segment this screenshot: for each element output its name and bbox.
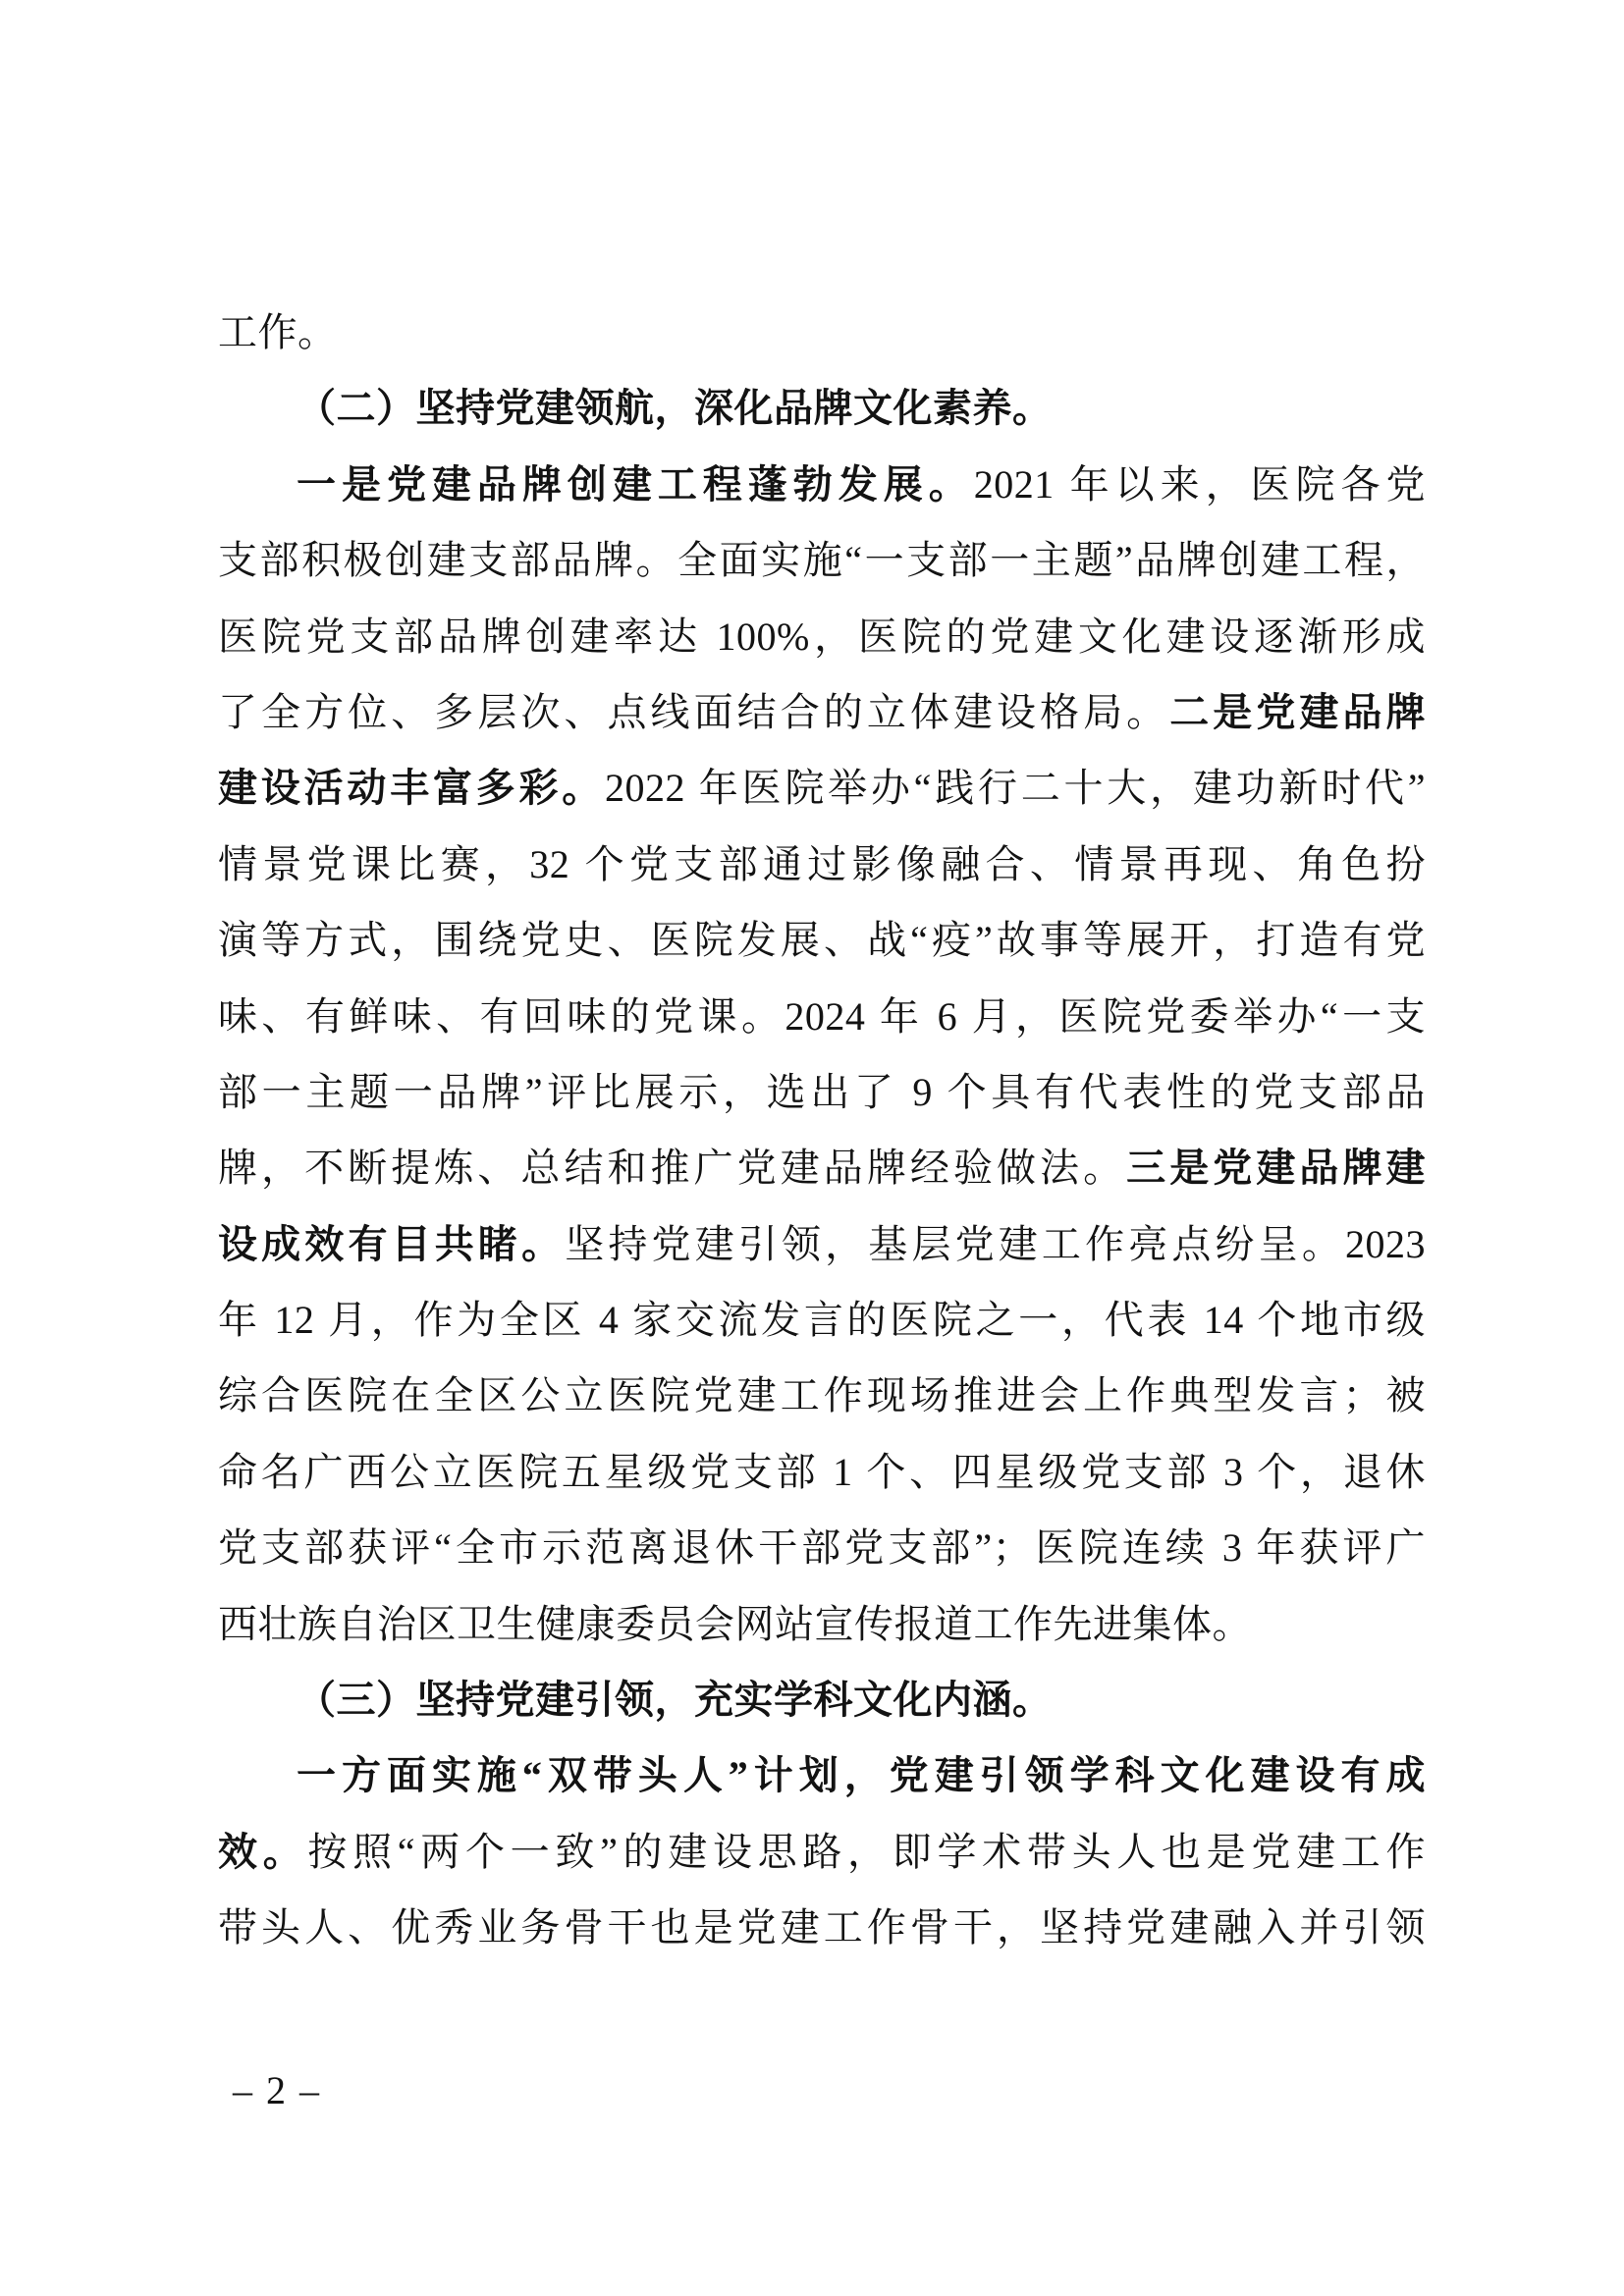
text-line: 部一主题一品牌”评比展示，选出了 9 个具有代表性的党支部品	[218, 1054, 1426, 1130]
text-line: 情景党课比赛，32 个党支部通过影像融合、情景再现、角色扮	[218, 827, 1426, 902]
text-segment-bold: （二）坚持党建领航，深化品牌文化素养。	[297, 386, 1053, 430]
text-segment: 演等方式，围绕党史、医院发展、战“疫”故事等展开，打造有党	[218, 918, 1426, 962]
text-segment-bold: 建设活动丰富多彩。	[218, 766, 605, 810]
text-segment: 坚持党建引领，基层党建工作亮点纷呈。2023	[565, 1222, 1426, 1266]
text-segment: 带头人、优秀业务骨干也是党建工作骨干，坚持党建融入并引领	[218, 1905, 1426, 1949]
text-segment-bold: 三是党建品牌建	[1126, 1146, 1426, 1190]
page-number: – 2 –	[233, 2067, 321, 2114]
text-segment: 2022 年医院举办“践行二十大，建功新时代”	[605, 766, 1426, 810]
text-line: 了全方位、多层次、点线面结合的立体建设格局。二是党建品牌	[218, 674, 1426, 750]
text-line: 建设活动丰富多彩。2022 年医院举办“践行二十大，建功新时代”	[218, 750, 1426, 826]
text-segment: 按照“两个一致”的建设思路，即学术带头人也是党建工作	[307, 1830, 1426, 1874]
text-segment: 年 12 月，作为全区 4 家交流发言的医院之一，代表 14 个地市级	[218, 1298, 1426, 1342]
text-segment: 西壮族自治区卫生健康委员会网站宣传报道工作先进集体。	[218, 1602, 1252, 1646]
text-line: 演等方式，围绕党史、医院发展、战“疫”故事等展开，打造有党	[218, 902, 1426, 978]
text-segment: 综合医院在全区公立医院党建工作现场推进会上作典型发言；被	[218, 1373, 1426, 1417]
text-segment-bold: 设成效有目共睹。	[218, 1222, 565, 1266]
text-segment: 工作。	[218, 310, 338, 354]
text-segment: 了全方位、多层次、点线面结合的立体建设格局。	[218, 690, 1169, 734]
text-line: 综合医院在全区公立医院党建工作现场推进会上作典型发言；被	[218, 1358, 1426, 1433]
text-line: 工作。	[218, 294, 1426, 370]
text-line: 医院党支部品牌创建率达 100%，医院的党建文化建设逐渐形成	[218, 599, 1426, 674]
text-line: （二）坚持党建领航，深化品牌文化素养。	[218, 370, 1426, 446]
text-segment-bold: 效。	[218, 1830, 307, 1874]
text-segment: 命名广西公立医院五星级党支部 1 个、四星级党支部 3 个，退休	[218, 1450, 1426, 1494]
text-line: 效。按照“两个一致”的建设思路，即学术带头人也是党建工作	[218, 1814, 1426, 1890]
text-segment-bold: 一方面实施“双带头人”计划，党建引领学科文化建设有成	[297, 1753, 1426, 1797]
text-segment: 味、有鲜味、有回味的党课。2024 年 6 月，医院党委举办“一支	[218, 994, 1426, 1039]
text-segment-bold: （三）坚持党建引领，充实学科文化内涵。	[297, 1678, 1053, 1722]
text-segment: 情景党课比赛，32 个党支部通过影像融合、情景再现、角色扮	[218, 842, 1426, 886]
text-segment: 党支部获评“全市示范离退休干部党支部”；医院连续 3 年获评广	[218, 1525, 1426, 1570]
text-line: 一方面实施“双带头人”计划，党建引领学科文化建设有成	[218, 1737, 1426, 1813]
text-segment: 部一主题一品牌”评比展示，选出了 9 个具有代表性的党支部品	[218, 1070, 1426, 1114]
text-line: 西壮族自治区卫生健康委员会网站宣传报道工作先进集体。	[218, 1586, 1426, 1662]
text-line: 支部积极创建支部品牌。全面实施“一支部一主题”品牌创建工程，	[218, 522, 1426, 598]
text-segment: 支部积极创建支部品牌。全面实施“一支部一主题”品牌创建工程，	[218, 538, 1426, 582]
text-line: 党支部获评“全市示范离退休干部党支部”；医院连续 3 年获评广	[218, 1510, 1426, 1585]
text-segment: 医院党支部品牌创建率达 100%，医院的党建文化建设逐渐形成	[218, 614, 1426, 659]
text-segment: 2021 年以来，医院各党	[974, 462, 1426, 507]
page-number-label: – 2 –	[233, 2068, 321, 2112]
text-line: 年 12 月，作为全区 4 家交流发言的医院之一，代表 14 个地市级	[218, 1282, 1426, 1358]
text-line: 带头人、优秀业务骨干也是党建工作骨干，坚持党建融入并引领	[218, 1890, 1426, 1965]
text-line: 味、有鲜味、有回味的党课。2024 年 6 月，医院党委举办“一支	[218, 979, 1426, 1054]
document-page: 工作。（二）坚持党建领航，深化品牌文化素养。一是党建品牌创建工程蓬勃发展。202…	[0, 0, 1624, 2296]
text-line: 命名广西公立医院五星级党支部 1 个、四星级党支部 3 个，退休	[218, 1434, 1426, 1510]
text-segment-bold: 二是党建品牌	[1169, 690, 1426, 734]
text-line: （三）坚持党建引领，充实学科文化内涵。	[218, 1662, 1426, 1737]
text-line: 牌，不断提炼、总结和推广党建品牌经验做法。三是党建品牌建	[218, 1130, 1426, 1205]
text-segment: 牌，不断提炼、总结和推广党建品牌经验做法。	[218, 1146, 1126, 1190]
text-segment-bold: 一是党建品牌创建工程蓬勃发展。	[297, 462, 974, 507]
text-line: 设成效有目共睹。坚持党建引领，基层党建工作亮点纷呈。2023	[218, 1206, 1426, 1282]
document-body: 工作。（二）坚持党建领航，深化品牌文化素养。一是党建品牌创建工程蓬勃发展。202…	[218, 294, 1426, 1966]
text-line: 一是党建品牌创建工程蓬勃发展。2021 年以来，医院各党	[218, 447, 1426, 522]
